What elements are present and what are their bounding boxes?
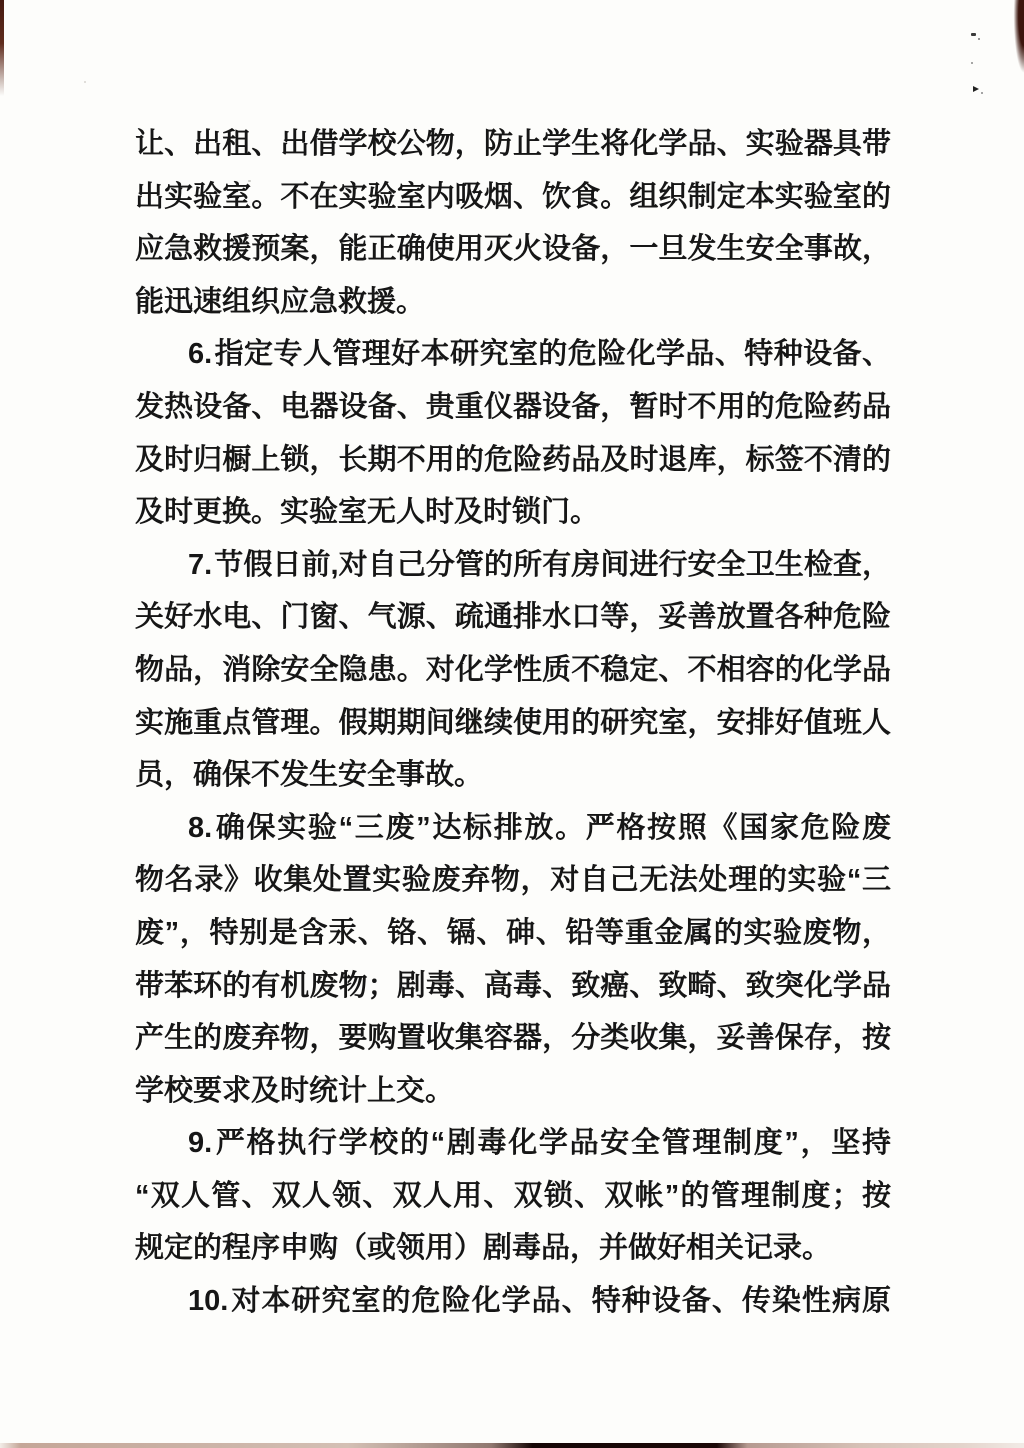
line-text: 物品，消除安全隐患。对化学性质不稳定、不相容的化学品 (135, 654, 891, 686)
text-line: 发热设备、电器设备、贵重仪器设备，暂时不用的危险药品 (133, 381, 891, 434)
text-line: 出实验室。不在实验室内吸烟、饮食。组织制定本实验室的 (133, 171, 891, 224)
line-text: 物名录》收集处置实验废弃物，对自己无法处理的实验“三 (135, 864, 891, 896)
text-line: 废”，特别是含汞、铬、镉、砷、铅等重金属的实验废物， (133, 907, 891, 960)
text-line: 规定的程序申购（或领用）剧毒品，并做好相关记录。 (133, 1222, 891, 1275)
text-line: 物名录》收集处置实验废弃物，对自己无法处理的实验“三 (133, 854, 891, 907)
text-line: “双人管、双人领、双人用、双锁、双帐”的管理制度；按 (133, 1170, 891, 1223)
line-text: 确保实验“三废”达标排放。严格按照《国家危险废 (214, 812, 891, 844)
line-text: 员，确保不发生安全事故。 (135, 759, 483, 791)
scan-speck (978, 38, 980, 40)
text-line: 9.严格执行学校的“剧毒化学品安全管理制度”，坚持 (133, 1117, 891, 1170)
line-text: 严格执行学校的“剧毒化学品安全管理制度”，坚持 (214, 1127, 891, 1159)
line-text: 学校要求及时统计上交。 (135, 1075, 454, 1107)
text-line: 产生的废弃物，要购置收集容器，分类收集，妥善保存，按 (133, 1012, 891, 1065)
line-number: 10. (188, 1285, 230, 1317)
line-text: 出实验室。不在实验室内吸烟、饮食。组织制定本实验室的 (135, 181, 891, 213)
line-text: 产生的废弃物，要购置收集容器，分类收集，妥善保存，按 (135, 1022, 891, 1054)
line-text: 节假日前,对自己分管的所有房间进行安全卫生检查， (214, 549, 891, 581)
line-text: 对本研究室的危险化学品、特种设备、传染性病原 (230, 1285, 891, 1317)
line-text: 规定的程序申购（或领用）剧毒品，并做好相关记录。 (135, 1232, 831, 1264)
text-line: 让、出租、出借学校公物，防止学生将化学品、实验器具带 (133, 118, 891, 171)
scan-edge-stain-right (1012, 0, 1024, 88)
scan-edge-stain-bottom (0, 1443, 1024, 1448)
text-line: 能迅速组织应急救援。 (133, 276, 891, 329)
line-number: 9. (188, 1127, 214, 1159)
line-text: 实施重点管理。假期期间继续使用的研究室，安排好值班人 (135, 707, 891, 739)
line-text: 废”，特别是含汞、铬、镉、砷、铅等重金属的实验废物， (135, 917, 891, 949)
line-text: 带苯环的有机废物；剧毒、高毒、致癌、致畸、致突化学品 (135, 970, 891, 1002)
line-text: 让、出租、出借学校公物，防止学生将化学品、实验器具带 (135, 128, 891, 160)
line-text: “双人管、双人领、双人用、双锁、双帐”的管理制度；按 (135, 1180, 891, 1212)
text-line: 带苯环的有机废物；剧毒、高毒、致癌、致畸、致突化学品 (133, 960, 891, 1013)
scan-speck (971, 33, 976, 36)
scan-speck (971, 62, 973, 64)
text-line: 实施重点管理。假期期间继续使用的研究室，安排好值班人 (133, 697, 891, 750)
line-text: 应急救援预案，能正确使用灭火设备，一旦发生安全事故， (135, 233, 891, 265)
text-line: 6.指定专人管理好本研究室的危险化学品、特种设备、 (133, 328, 891, 381)
text-line: 关好水电、门窗、气源、疏通排水口等，妥善放置各种危险 (133, 591, 891, 644)
line-text: 及时归橱上锁，长期不用的危险药品及时退库，标签不清的 (135, 444, 891, 476)
text-line: 及时更换。实验室无人时及时锁门。 (133, 486, 891, 539)
text-line: 物品，消除安全隐患。对化学性质不稳定、不相容的化学品 (133, 644, 891, 697)
scan-speck (981, 92, 983, 94)
document-body: 让、出租、出借学校公物，防止学生将化学品、实验器具带出实验室。不在实验室内吸烟、… (133, 118, 891, 1328)
text-line: 应急救援预案，能正确使用灭火设备，一旦发生安全事故， (133, 223, 891, 276)
text-line: 及时归橱上锁，长期不用的危险药品及时退库，标签不清的 (133, 434, 891, 487)
text-line: 7.节假日前,对自己分管的所有房间进行安全卫生检查， (133, 539, 891, 592)
text-line: 10.对本研究室的危险化学品、特种设备、传染性病原 (133, 1275, 891, 1328)
scanned-page: 让、出租、出借学校公物，防止学生将化学品、实验器具带出实验室。不在实验室内吸烟、… (0, 0, 1024, 1448)
line-text: 及时更换。实验室无人时及时锁门。 (135, 496, 599, 528)
line-text: 指定专人管理好本研究室的危险化学品、特种设备、 (214, 338, 891, 370)
text-line: 员，确保不发生安全事故。 (133, 749, 891, 802)
line-text: 关好水电、门窗、气源、疏通排水口等，妥善放置各种危险 (135, 601, 891, 633)
line-text: 发热设备、电器设备、贵重仪器设备，暂时不用的危险药品 (135, 391, 891, 423)
scan-speck (248, 180, 251, 182)
scan-edge-stain-left (0, 0, 4, 96)
line-number: 6. (188, 338, 214, 370)
scan-speck (973, 86, 979, 92)
line-number: 7. (188, 549, 214, 581)
scan-speck (84, 81, 86, 83)
line-text: 能迅速组织应急救援。 (135, 286, 425, 318)
text-line: 8.确保实验“三废”达标排放。严格按照《国家危险废 (133, 802, 891, 855)
text-line: 学校要求及时统计上交。 (133, 1065, 891, 1118)
line-number: 8. (188, 812, 214, 844)
